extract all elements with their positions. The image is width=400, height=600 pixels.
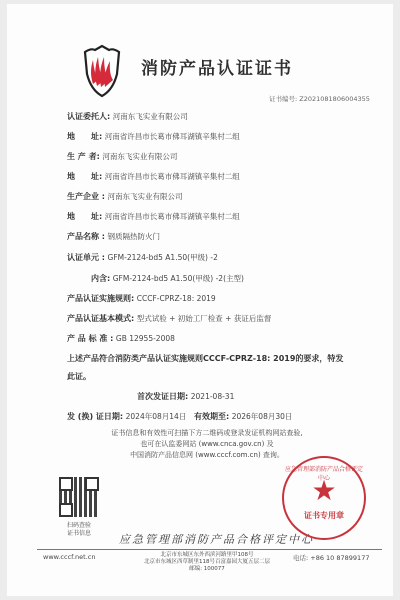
field-label: 地 址: [67,211,102,222]
field-implementation-rules: 产品认证实施规则: CCCF-CPRZ-18: 2019 [67,293,216,304]
address-line: 北京市东城区西草制里118号百富嘉园大厦五层二层 [137,559,277,566]
field-includes: 内含: GFM-2124-bd5 A1.50(甲级) -2(主型) [91,273,244,284]
field-factory: 生产企业 : 河南东飞实业有限公司 [67,191,183,202]
official-seal: 应急管理部消防产品合格评定中心 ★ 证书专用章 [282,456,366,540]
qr-caption-line: 证书信息 [55,530,103,538]
seal-caption: 证书专用章 [284,510,364,521]
certificate-sheet: 消防产品认证证书 证书编号: Z2021081806004355 认证委托人: … [7,4,393,596]
field-value: GFM-2124-bd5 A1.50(甲级) -2 [108,253,218,262]
star-icon: ★ [284,476,364,506]
field-manufacturer-address: 地 址: 河南省许昌市长葛市佛耳湖镇辛集村二组 [67,171,240,182]
valid-until-value: 2026年08月30日 [232,412,293,421]
certificate-number: 证书编号: Z2021081806004355 [269,94,370,103]
postcode: 邮编: 100077 [137,566,277,573]
field-applicant-address: 地 址: 河南省许昌市长葛市佛耳湖镇辛集村二组 [67,131,240,142]
field-applicant: 认证委托人: 河南东飞实业有限公司 [67,111,188,122]
field-label: 地 址: [67,171,102,182]
field-product-standard: 产 品 标 准 : GB 12955-2008 [67,333,175,344]
first-issue-label: 首次发证日期: [137,392,188,401]
field-value: 型式试验 + 初始工厂检查 + 获证后监督 [137,314,272,323]
field-label: 产品认证基本模式: [67,313,134,324]
field-factory-address: 地 址: 河南省许昌市长葛市佛耳湖镇辛集村二组 [67,211,240,222]
conformity-statement: 上述产品符合消防类产品认证实施规则CCCF-CPRZ-18: 2019的要求，特… [67,353,343,364]
field-label: 地 址: [67,131,102,142]
field-value: CCCF-CPRZ-18: 2019 [137,294,216,303]
field-value: 河南省许昌市长葛市佛耳湖镇辛集村二组 [105,212,240,221]
qr-caption-line: 扫码查验 [55,522,103,530]
field-value: 河南省许昌市长葛市佛耳湖镇辛集村二组 [105,132,240,141]
certificate-number-value: Z2021081806004355 [299,95,370,103]
footer-address: 北京市东城区东外西滨河路里甲108号 北京市东城区西草制里118号百富嘉园大厦五… [137,552,277,573]
conformity-statement-end: 此证。 [67,371,91,382]
field-value: 钢质隔热防火门 [108,232,161,241]
field-value: 河南东飞实业有限公司 [113,112,188,121]
qr-finder [85,477,99,491]
field-label: 认证委托人: [67,111,110,122]
qr-caption: 扫码查验 证书信息 [55,522,103,538]
notice-line: 也可在认监委网站 (www.cnca.gov.cn) 及 [47,439,367,450]
address-line: 北京市东城区东外西滨河路里甲108号 [137,552,277,559]
field-basic-mode: 产品认证基本模式: 型式试验 + 初始工厂检查 + 获证后监督 [67,313,271,324]
field-value: GFM-2124-bd5 A1.50(甲级) -2(主型) [113,274,244,283]
qr-code[interactable] [59,477,99,517]
first-issue-value: 2021-08-31 [191,392,235,401]
field-label: 生 产 者: [67,151,100,162]
field-label: 内含: [91,273,110,284]
field-value: GB 12955-2008 [116,334,175,343]
qr-finder [59,503,73,517]
field-label: 产品名称 : [67,231,105,242]
field-cert-unit: 认证单元 : GFM-2124-bd5 A1.50(甲级) -2 [67,252,218,263]
field-value: 河南东飞实业有限公司 [108,192,183,201]
qr-finder [59,477,73,491]
issue-value: 2024年08月14日 [126,412,187,421]
field-value: 河南东飞实业有限公司 [102,152,177,161]
notice-line: 证书信息和有效性可扫描下方二维码或登录发证机构网站查验, [47,428,367,439]
issuing-authority: 应急管理部消防产品合格评定中心 [119,531,314,547]
field-manufacturer: 生 产 者: 河南东飞实业有限公司 [67,151,177,162]
field-label: 产品认证实施规则: [67,293,134,304]
field-product-name: 产品名称 : 钢质隔热防火门 [67,231,160,242]
field-label: 认证单元 : [67,252,105,263]
first-issue-date: 首次发证日期: 2021-08-31 [137,391,234,402]
certificate-title: 消防产品认证证书 [141,54,293,79]
issue-date: 发 (换) 证日期: 2024年08月14日 有效期至: 2026年08月30日 [67,411,292,422]
footer-divider [37,549,382,550]
fire-shield-logo-icon [79,44,125,98]
footer-phone: 电话: +86 10 87899177 [293,553,369,562]
certificate-number-label: 证书编号: [269,95,297,103]
issue-label: 发 (换) 证日期: [67,412,123,421]
valid-until-label: 有效期至: [194,412,229,421]
field-value: 河南省许昌市长葛市佛耳湖镇辛集村二组 [105,172,240,181]
footer-website[interactable]: www.cccf.net.cn [43,553,95,561]
field-label: 生产企业 : [67,191,105,202]
field-label: 产 品 标 准 : [67,333,113,344]
